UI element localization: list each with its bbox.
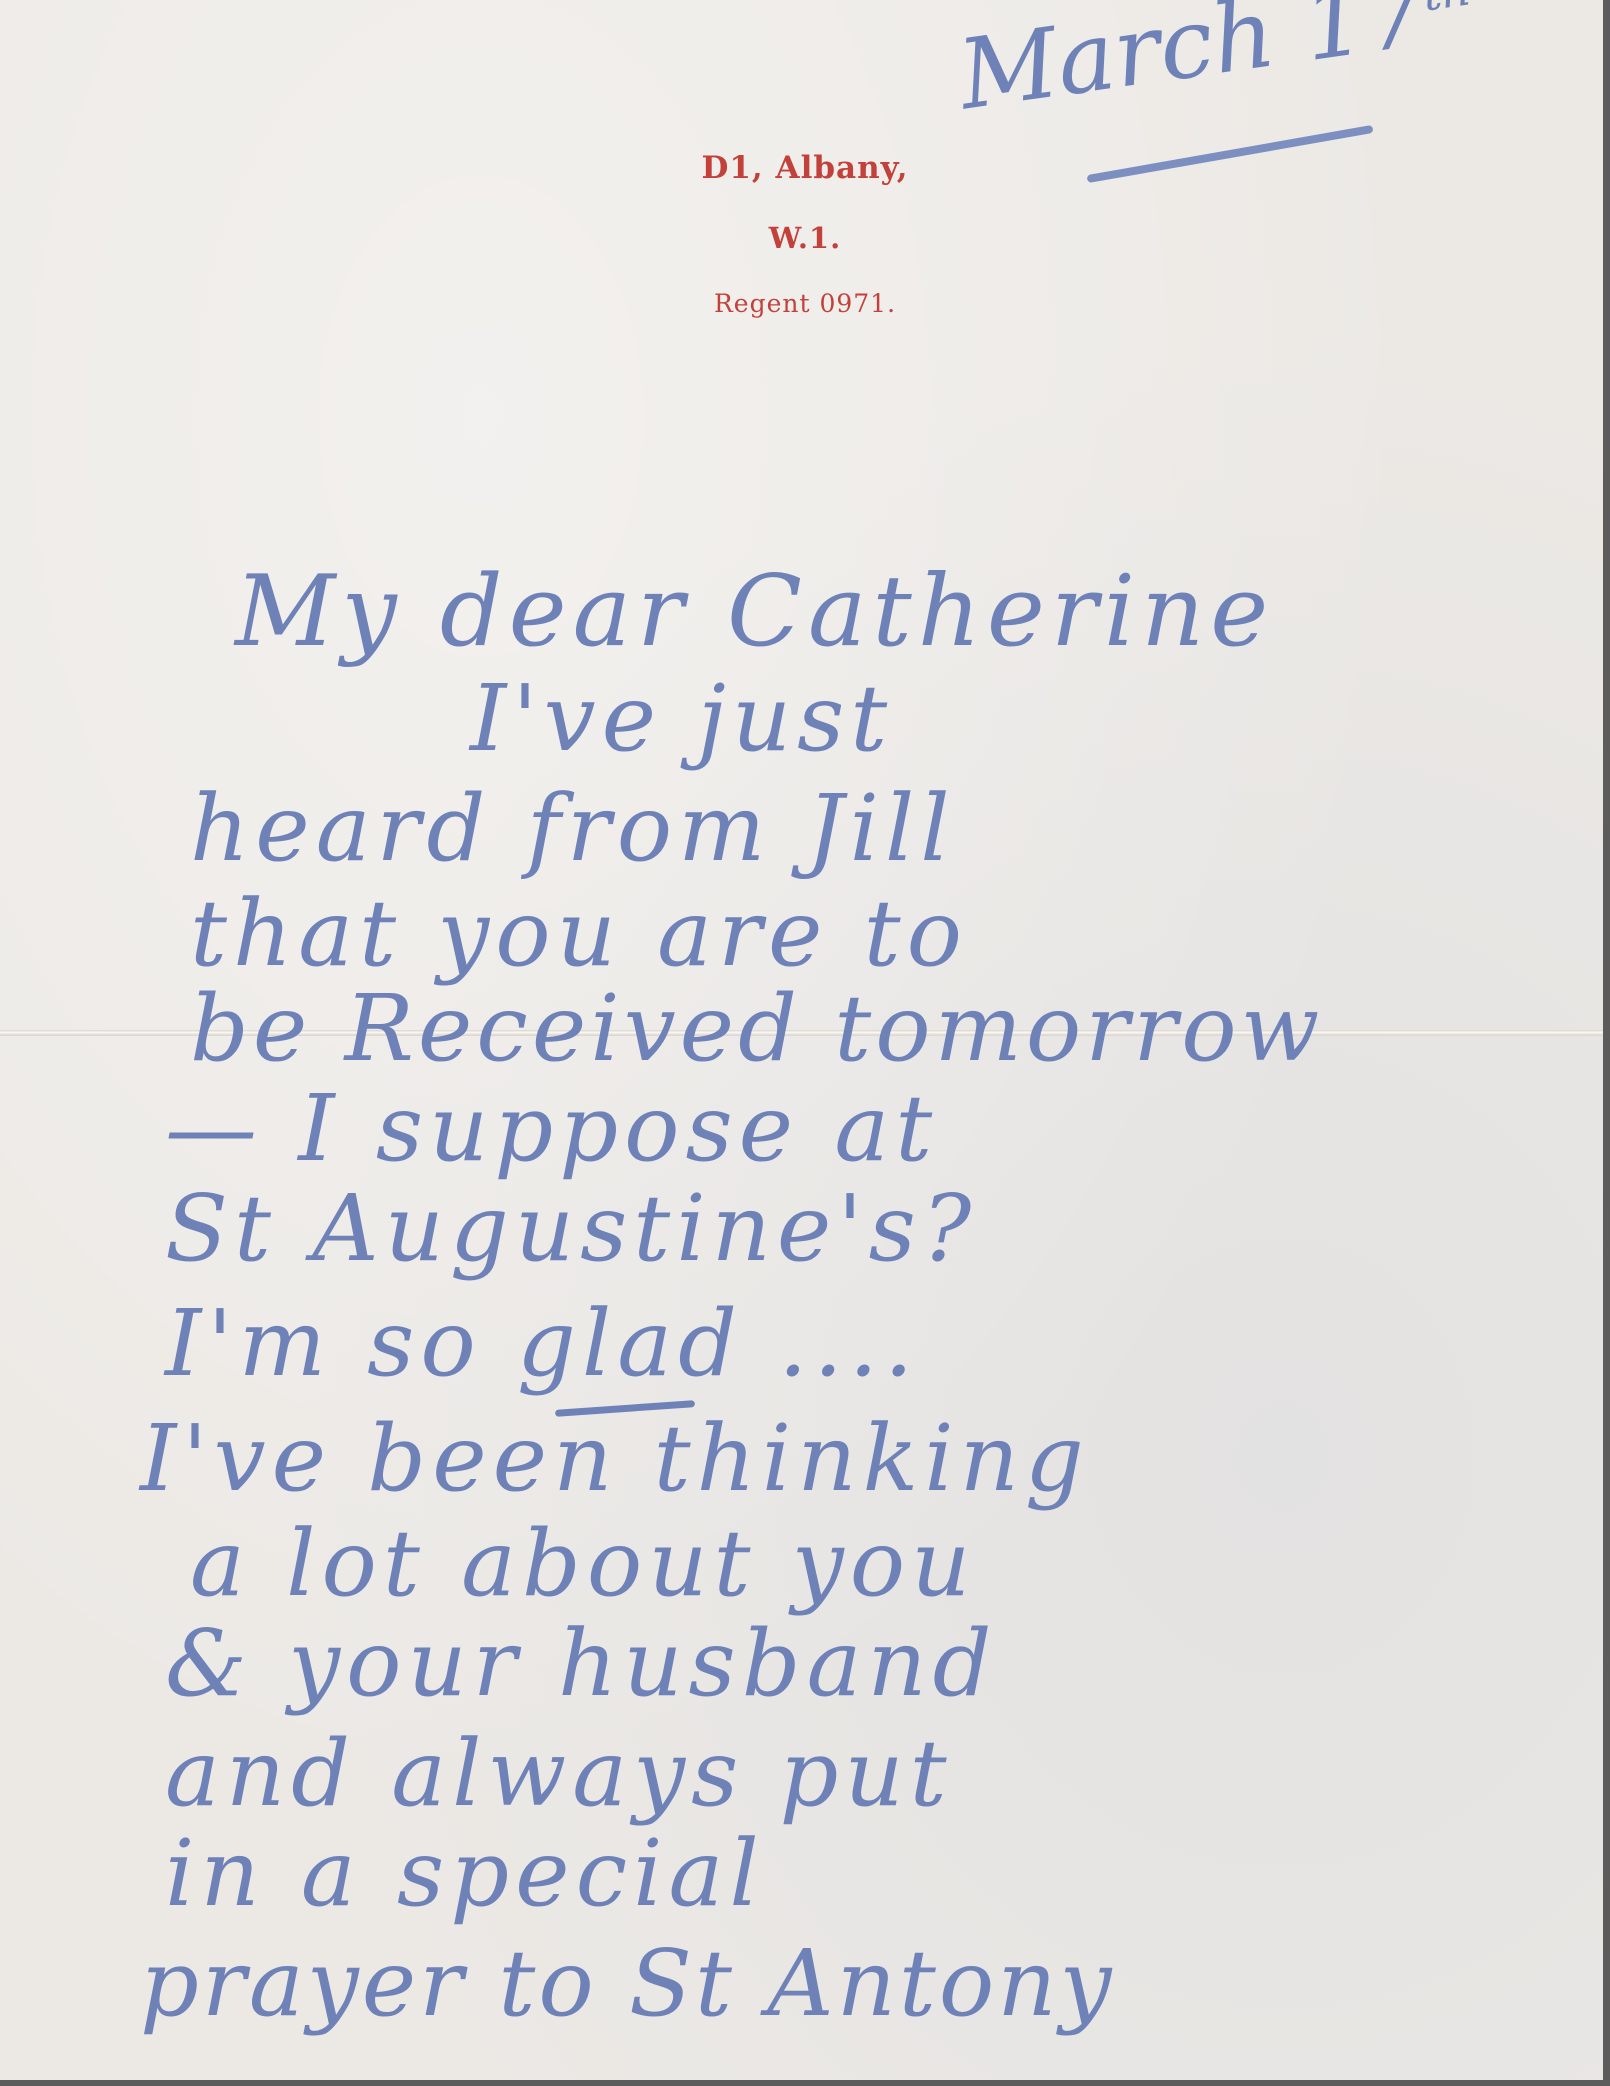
letter-date: March 17th [952,0,1480,131]
letterhead-address-line1: D1, Albany, [640,148,970,188]
body-line-2: heard from Jill [190,775,956,882]
letterhead: D1, Albany, W.1. Regent 0971. [640,148,970,322]
body-line-5: — I suppose at [165,1075,938,1182]
body-line-7: I'm so glad .... [165,1290,919,1397]
salutation: My dear Catherine [235,555,1274,669]
letter-page: D1, Albany, W.1. Regent 0971. March 17th… [0,0,1603,2080]
body-line-1: I've just [470,665,893,772]
body-line-8: I've been thinking [140,1405,1090,1512]
body-line-6: St Augustine's? [165,1175,977,1282]
body-line-4: be Received tomorrow [190,975,1323,1082]
body-line-10: & your husband [165,1610,998,1717]
date-suffix: th [1419,0,1474,22]
date-text: March 17 [952,0,1433,131]
body-line-11: and always put [165,1720,953,1827]
letterhead-telephone: Regent 0971. [640,286,970,322]
body-line-3: that you are to [190,880,968,987]
date-underline [1087,125,1374,183]
body-line-12: in a special [165,1820,765,1927]
body-line-13: prayer to St Antony [140,1930,1114,2037]
letterhead-address-line2: W.1. [640,218,970,258]
body-line-9: a lot about you [190,1510,976,1617]
